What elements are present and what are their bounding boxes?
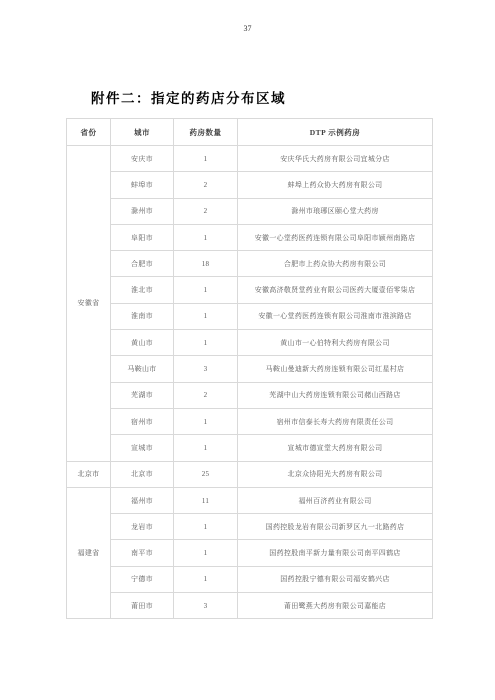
count-cell: 1 [174,224,238,250]
pharmacy-cell: 国药控股宁德有限公司福安鹤兴店 [238,566,433,592]
pharmacy-cell: 莆田鹭燕大药房有限公司嘉能店 [238,593,433,619]
header-city: 城市 [111,119,174,146]
city-cell: 福州市 [111,487,174,513]
page-title: 附件二：指定的药店分布区域 [91,87,286,107]
city-cell: 宣城市 [111,435,174,461]
header-count: 药房数量 [174,119,238,146]
pharmacy-cell: 安徽一心堂药医药连锁有限公司阜阳市颍州南路店 [238,224,433,250]
table-row: 宁德市1国药控股宁德有限公司福安鹤兴店 [67,566,433,592]
city-cell: 滁州市 [111,198,174,224]
pharmacy-cell: 宣城市德宣堂大药房有限公司 [238,435,433,461]
page-number: 37 [0,24,495,33]
city-cell: 蚌埠市 [111,172,174,198]
city-cell: 马鞍山市 [111,356,174,382]
table-row: 芜湖市2芜湖中山大药房连锁有限公司赭山西路店 [67,382,433,408]
table-row: 福建省福州市11福州百济药业有限公司 [67,487,433,513]
table-row: 宣城市1宣城市德宣堂大药房有限公司 [67,435,433,461]
city-cell: 宿州市 [111,408,174,434]
pharmacy-cell: 宿州市信泰长寿大药房有限责任公司 [238,408,433,434]
pharmacy-table: 省份 城市 药房数量 DTP 示例药房 安徽省安庆市1安庆华氏大药房有限公司宜城… [66,118,433,619]
count-cell: 18 [174,251,238,277]
table-row: 安徽省安庆市1安庆华氏大药房有限公司宜城分店 [67,146,433,172]
table-row: 莆田市3莆田鹭燕大药房有限公司嘉能店 [67,593,433,619]
city-cell: 合肥市 [111,251,174,277]
city-cell: 南平市 [111,540,174,566]
count-cell: 1 [174,514,238,540]
count-cell: 2 [174,382,238,408]
count-cell: 2 [174,172,238,198]
city-cell: 安庆市 [111,146,174,172]
pharmacy-cell: 北京众协阳光大药房有限公司 [238,461,433,487]
count-cell: 1 [174,330,238,356]
pharmacy-table-container: 省份 城市 药房数量 DTP 示例药房 安徽省安庆市1安庆华氏大药房有限公司宜城… [66,118,432,619]
table-row: 蚌埠市2蚌埠上药众协大药房有限公司 [67,172,433,198]
pharmacy-cell: 国药控股龙岩有限公司新罗区九一北路药店 [238,514,433,540]
city-cell: 龙岩市 [111,514,174,540]
count-cell: 1 [174,303,238,329]
city-cell: 黄山市 [111,330,174,356]
pharmacy-cell: 合肥市上药众协大药房有限公司 [238,251,433,277]
document-page: 37 附件二：指定的药店分布区域 省份 城市 药房数量 DTP 示例药房 安徽省… [0,0,495,700]
table-row: 南平市1国药控股南平新力量有限公司南平四鹤店 [67,540,433,566]
pharmacy-cell: 福州百济药业有限公司 [238,487,433,513]
pharmacy-cell: 安庆华氏大药房有限公司宜城分店 [238,146,433,172]
pharmacy-cell: 黄山市一心伯特利大药房有限公司 [238,330,433,356]
count-cell: 1 [174,435,238,461]
pharmacy-cell: 蚌埠上药众协大药房有限公司 [238,172,433,198]
table-row: 合肥市18合肥市上药众协大药房有限公司 [67,251,433,277]
pharmacy-cell: 国药控股南平新力量有限公司南平四鹤店 [238,540,433,566]
header-dtp-pharmacy: DTP 示例药房 [238,119,433,146]
table-row: 滁州市2滁州市琅琊区颐心堂大药房 [67,198,433,224]
count-cell: 1 [174,566,238,592]
pharmacy-cell: 安徽一心堂药医药连锁有限公司淮南市淮滨路店 [238,303,433,329]
province-cell: 福建省 [67,487,111,618]
table-row: 黄山市1黄山市一心伯特利大药房有限公司 [67,330,433,356]
city-cell: 芜湖市 [111,382,174,408]
count-cell: 25 [174,461,238,487]
table-row: 马鞍山市3马鞍山曼迪新大药房连锁有限公司红星村店 [67,356,433,382]
table-row: 淮南市1安徽一心堂药医药连锁有限公司淮南市淮滨路店 [67,303,433,329]
count-cell: 3 [174,593,238,619]
city-cell: 宁德市 [111,566,174,592]
city-cell: 淮南市 [111,303,174,329]
city-cell: 北京市 [111,461,174,487]
header-province: 省份 [67,119,111,146]
table-row: 淮北市1安徽高济敬贤堂药业有限公司医药大厦壹佰零柒店 [67,277,433,303]
count-cell: 1 [174,540,238,566]
province-cell: 北京市 [67,461,111,487]
table-header-row: 省份 城市 药房数量 DTP 示例药房 [67,119,433,146]
count-cell: 1 [174,277,238,303]
table-row: 龙岩市1国药控股龙岩有限公司新罗区九一北路药店 [67,514,433,540]
count-cell: 1 [174,408,238,434]
pharmacy-cell: 滁州市琅琊区颐心堂大药房 [238,198,433,224]
count-cell: 1 [174,146,238,172]
table-row: 宿州市1宿州市信泰长寿大药房有限责任公司 [67,408,433,434]
pharmacy-cell: 安徽高济敬贤堂药业有限公司医药大厦壹佰零柒店 [238,277,433,303]
city-cell: 莆田市 [111,593,174,619]
count-cell: 3 [174,356,238,382]
pharmacy-cell: 芜湖中山大药房连锁有限公司赭山西路店 [238,382,433,408]
count-cell: 2 [174,198,238,224]
table-row: 阜阳市1安徽一心堂药医药连锁有限公司阜阳市颍州南路店 [67,224,433,250]
city-cell: 淮北市 [111,277,174,303]
pharmacy-cell: 马鞍山曼迪新大药房连锁有限公司红星村店 [238,356,433,382]
count-cell: 11 [174,487,238,513]
province-cell: 安徽省 [67,146,111,462]
table-row: 北京市北京市25北京众协阳光大药房有限公司 [67,461,433,487]
city-cell: 阜阳市 [111,224,174,250]
